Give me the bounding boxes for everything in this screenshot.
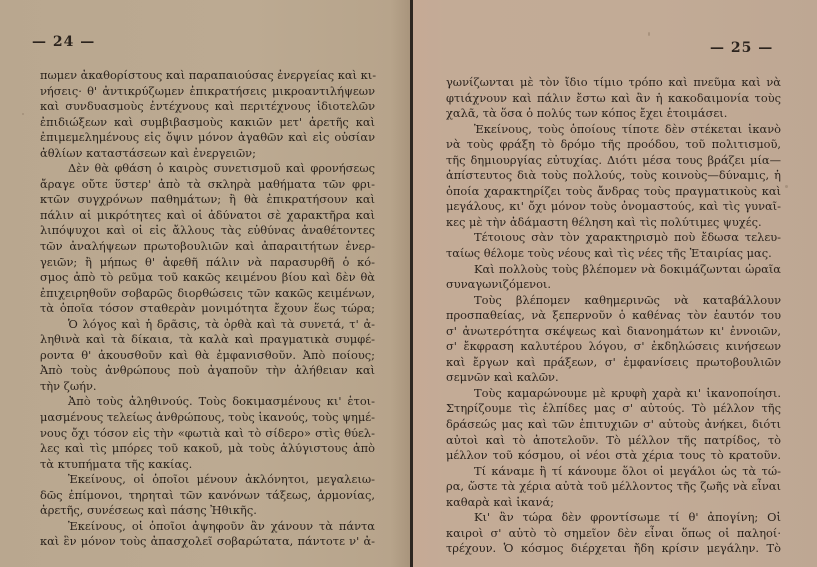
text-line: τὴν ζωήν. [40,379,375,395]
text-line: Στηρίζουμε τὶς ἐλπίδες μας σ' αὐτούς. Τὸ… [446,401,781,417]
text-line: Τέτοιους σὰν τὸν χαρακτηρισμὸ ποὺ ἔδωσα … [446,230,781,246]
text-line: χαλᾶ, τὰ ὅσα ὁ πολύς των κόπος ἔχει ἑτοι… [446,106,781,122]
text-line: σ' ἔκφραση καλυτέρου λόγου, σ' ἐκδηλώσει… [446,339,781,355]
paper-speck [22,113,24,115]
text-line: γειῶν; ἢ μήπως θ' ἀφεθῆ πάλιν νὰ παρασυρ… [40,255,375,271]
text-line: Ὁ λόγος καὶ ἡ δρᾶσις, τὰ ὀρθὰ καὶ τὰ συν… [40,317,375,333]
text-line: δῶς ἐπίμονοι, τηρηταὶ τῶν κανόνων τάξεως… [40,488,375,504]
text-line: τῆς δημιουργίας εὐτυχίας. Διότι μέσα του… [446,153,781,169]
text-line: αὐτοὶ καὶ τὸ ἀποτελοῦν. Τὸ μέλλον τῆς πα… [446,433,781,449]
text-line: καὶ ἓν μόνον τοὺς ἀπασχολεῖ σοβαρώτατα, … [40,534,375,550]
text-line: Ἐκείνους, τοὺς ὁποίους τίποτε δὲν στέκετ… [446,122,781,138]
paper-speck [785,185,788,188]
text-line: ἐπιχειρηθοῦν σοβαρῶς διορθώσεις τῶν κακῶ… [40,286,375,302]
text-line: σμος ἀπὸ τὸ ρεῦμα τοῦ κακῶς κειμένου βίο… [40,270,375,286]
text-line: ἐπιδιώξεων καὶ συμβιβασμοὺς κακιῶν μετ' … [40,115,375,131]
text-line: τρέχουν. Ὁ κόσμος διέρχεται ἤδη κρίσιν μ… [446,541,781,557]
text-line: ἀπίστευτος διὰ τοὺς πολλούς, τοὺς κοινοὺ… [446,168,781,184]
text-line: Τοὺς βλέπομεν καθημερινῶς νὰ καταβάλλουν [446,293,781,309]
text-line: ταίως θέλομε τοὺς νέους καὶ τὶς νέες τῆς… [446,246,781,262]
text-line: τὰ κτυπήματα τῆς κακίας. [40,457,375,473]
text-line: Ἐκείνους, οἱ ὁποῖοι μένουν ἀκλόνητοι, με… [40,472,375,488]
text-line: ροντα θ' ἀκουσθοῦν καὶ θὰ ἐμφανισθοῦν. Ἀ… [40,348,375,364]
text-line: πωμεν ἀκαθορίστους καὶ παραπαιούσας ἐνερ… [40,68,375,84]
text-line: Καὶ πολλοὺς τοὺς βλέπομεν νὰ δοκιμάζωντα… [446,262,781,278]
text-line: Ἀπὸ τοὺς ἀληθινούς. Τοὺς δοκιμασμένους κ… [40,394,375,410]
text-line: λιπόψυχοι καὶ οἱ εἰς ἄλλους τὰς εὐθύνας … [40,223,375,239]
text-line: σ' ἀνωτερότητα σκέψεως καὶ διανοημάτων κ… [446,324,781,340]
text-line: νους ὄχι τόσον εἰς τὴν «φωτιὰ καὶ τὸ σίδ… [40,426,375,442]
text-line: ἄραγε οὔτε ὕστερ' ἀπὸ τὰ σκληρὰ μαθήματα… [40,177,375,193]
text-line: ἐπιμεμελημένους εἰς ὄψιν μόνον ἀγαθῶν κα… [40,130,375,146]
text-line: κτῶν συγχρόνων παθημάτων; ἢ θὰ ἐπικρατήσ… [40,192,375,208]
text-line: ρα, ὥστε τὰ χέρια αὐτὰ τοῦ μέλλοντος τῆς… [446,479,781,495]
text-line: Ἐκείνους, οἱ ὁποῖοι ἀψηφοῦν ἂν χάνουν τὰ… [40,519,375,535]
text-line: δράσεώς μας καὶ τῶν ἐπιτυχιῶν σ' αὐτοὺς … [446,417,781,433]
text-line: Τί κάναμε ἢ τί κάνουμε ὅλοι οἱ μεγάλοι ὡ… [446,464,781,480]
text-line: νήσεις· θ' ἀντικρύζωμεν ἐπικρατήσεις μικ… [40,84,375,100]
text-line: τὰ ὁποῖα τόσον σταθερὰν μονιμότητα ἔχουν… [40,301,375,317]
text-line: Κι' ἂν τώρα δὲν φροντίσωμε τί θ' ἀπογίνη… [446,510,781,526]
text-line: μέλλον τοῦ κόσμου, οἱ νέοι στὰ χέρια του… [446,448,781,464]
text-line: ἀθλίων καταστάσεων καὶ ἐνεργειῶν; [40,146,375,162]
text-line: ἀρετῆς, συνέσεως καὶ πάσης Ἠθικῆς. [40,503,375,519]
left-page-text: πωμεν ἀκαθορίστους καὶ παραπαιούσας ἐνερ… [40,68,375,550]
page-number-right: — 25 — [710,40,773,56]
text-line: τῶν ἀναλήψεων πρωτοβουλιῶν καὶ ἀπαραιτήτ… [40,239,375,255]
paper-speck [648,32,650,36]
text-line: γωνίζωνται μὲ τὸν ἴδιο τίμιο τρόπο καὶ π… [446,75,781,91]
text-line: Τοὺς καμαρώνουμε μὲ κρυφὴ χαρὰ κι' ἱκανο… [446,386,781,402]
right-page-text: γωνίζωνται μὲ τὸν ἴδιο τίμιο τρόπο καὶ π… [446,75,781,557]
text-line: πάλιν αἱ μικρότητες καὶ οἱ ἀδύνατοι σὲ χ… [40,208,375,224]
text-line: μασμένους τελείως ἀνθρώπους, τοὺς ἱκανού… [40,410,375,426]
text-line: καὶ συνδυασμοὺς ἐντέχνους καὶ περιτέχνου… [40,99,375,115]
text-line: σεμνῶν καὶ καλῶν. [446,370,781,386]
text-line: φτιάχνουν καὶ πάλιν ἔστω καὶ ἂν ἡ κακοδα… [446,91,781,107]
text-line: Δὲν θὰ φθάση ὁ καιρὸς συνετισμοῦ καὶ φρο… [40,161,375,177]
text-line: λες καὶ τὶς μπόρες τοῦ κακοῦ, μὰ τοὺς ἀλ… [40,441,375,457]
text-line: νὰ τοὺς φράξη τὸ δρόμο τῆς προόδου, τοῦ … [446,137,781,153]
text-line: κες μὲ τὴν ἀδάμαστη θέληση καὶ τὶς πολύτ… [446,215,781,231]
left-page: — 24 — πωμεν ἀκαθορίστους καὶ παραπαιούσ… [0,0,411,567]
text-line: μεγάλους, κι' ὄχι μόνον τοὺς ὀνομαστούς,… [446,199,781,215]
text-line: προσπαθείας, νὰ ξεπερνοῦν ὁ καθένας τὸν … [446,308,781,324]
text-line: καὶ ἔργων καὶ πράξεων, σ' ἐμφανίσεις πρω… [446,355,781,371]
right-page: — 25 — γωνίζωνται μὲ τὸν ἴδιο τίμιο τρόπ… [413,0,817,567]
text-line: ὁποία χαρακτηρίζει τοὺς ἄνδρας τοὺς πραγ… [446,184,781,200]
text-line: ληθινὰ καὶ τὰ δίκαια, τὰ καλὰ καὶ πραγμα… [40,332,375,348]
text-line: Ἀπὸ τοὺς ἀνθρώπους ποὺ ἀγαποῦν τὴν ἀλήθε… [40,363,375,379]
text-line: καθαρὰ καὶ ἱκανά; [446,495,781,511]
text-line: συναγωνιζόμενοι. [446,277,781,293]
page-number-left: — 24 — [32,34,95,50]
text-line: καιροὶ σ' αὐτὸ τὸ σημεῖον δὲν εἶναι ὅπως… [446,526,781,542]
